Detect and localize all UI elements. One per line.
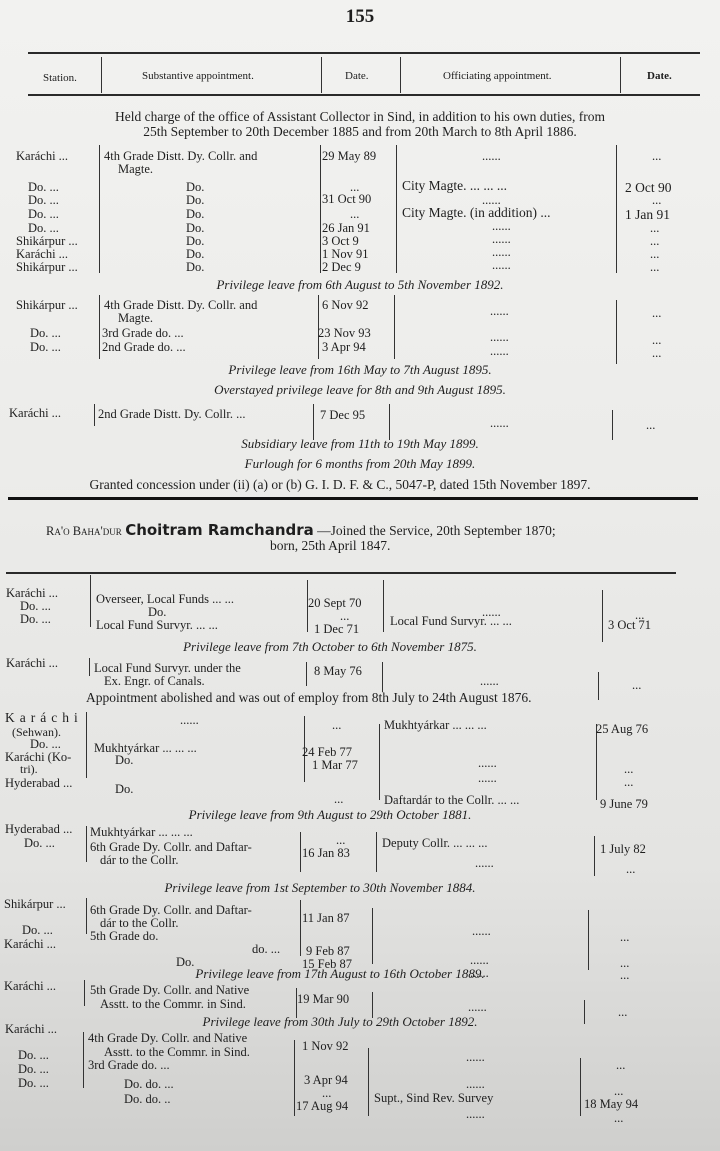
officiating-cell: ...... [478, 756, 497, 771]
section-separator [8, 497, 698, 500]
date-cell: 19 Mar 90 [297, 992, 349, 1007]
date-2-cell: ... [632, 678, 641, 693]
substantive-cell: 2nd Grade do. ... [102, 340, 186, 355]
station-cell: Shikárpur ... [16, 260, 78, 275]
col-divider [90, 575, 91, 627]
officiating-cell: ...... [490, 416, 509, 431]
officiating-cell: ...... [472, 924, 491, 939]
station-cell: Karáchi ... [9, 406, 61, 421]
leave-note: Privilege leave from 6th August to 5th N… [0, 277, 720, 293]
col-divider [101, 57, 102, 93]
col-divider [306, 662, 307, 686]
station-cell: Hyderabad ... [5, 776, 72, 791]
substantive-cell: 3rd Grade do. ... [102, 326, 184, 341]
officiating-cell: Supt., Sind Rev. Survey [374, 1091, 493, 1106]
col-divider [616, 300, 617, 364]
station-cell: Do. ... [22, 923, 53, 938]
col-divider [294, 1040, 295, 1116]
col-divider [320, 145, 321, 273]
col-divider [602, 590, 603, 642]
date-2-cell: 18 May 94 [584, 1097, 638, 1112]
header-bottom-rule [28, 94, 700, 96]
leave-note: Subsidiary leave from 11th to 19th May 1… [0, 436, 720, 452]
header-date-2: Date. [647, 70, 672, 82]
date-cell: 6 Nov 92 [322, 298, 369, 313]
date-2-cell: ... [620, 930, 629, 945]
col-divider [389, 404, 390, 440]
col-divider [99, 295, 100, 359]
appointment-abolished-note: Appointment abolished and was out of emp… [86, 690, 531, 706]
date-2-cell: 2 Oct 90 [625, 180, 672, 196]
officiating-cell: Local Fund Survyr. ... ... [390, 614, 512, 629]
intro-note-line-2: 25th September to 20th December 1885 and… [0, 124, 720, 140]
col-divider [300, 832, 301, 872]
officiating-cell: Daftardár to the Collr. ... ... [384, 793, 519, 808]
officiating-cell: ...... [480, 674, 499, 689]
officiating-cell: Deputy Collr. ... ... ... [382, 836, 488, 851]
substantive-cell: Local Fund Survyr. ... ... [96, 618, 218, 633]
col-divider [394, 295, 395, 359]
date-cell: 31 Oct 90 [322, 192, 371, 207]
person-born: born, 25th April 1847. [270, 538, 390, 554]
leave-note: Privilege leave from 17th August to 16th… [0, 966, 700, 982]
person-name: Choitram Ramchandra [125, 521, 314, 539]
substantive-cell: Mukhtyárkar ... ... ... [90, 825, 193, 840]
date-2-cell: 1 Jan 91 [625, 207, 670, 223]
person-heading: Ra'o Baha'dur Choitram Ramchandra —Joine… [46, 521, 556, 539]
col-divider [94, 404, 95, 426]
station-cell: Karáchi ... [16, 149, 68, 164]
table-top-rule [6, 572, 676, 574]
station-cell: Do. ... [24, 836, 55, 851]
col-divider [616, 145, 617, 273]
officiating-cell: ...... [490, 330, 509, 345]
leave-note: Privilege leave from 30th July to 29th O… [0, 1014, 700, 1030]
col-divider [379, 724, 380, 800]
leave-note: Furlough for 6 months from 20th May 1899… [0, 456, 720, 472]
col-divider [372, 908, 373, 964]
date-cell: 16 Jan 83 [302, 846, 350, 861]
col-divider [580, 1058, 581, 1116]
station-cell: Do. ... [18, 1062, 49, 1077]
header-date: Date. [345, 70, 369, 82]
date-2-cell: ... [626, 862, 635, 877]
substantive-cell: 5th Grade Dy. Collr. and Native [90, 983, 249, 998]
date-cell: 29 May 89 [322, 149, 376, 164]
station-cell: Do. ... [28, 207, 59, 222]
person-title: Ra'o Baha'dur [46, 524, 122, 538]
date-cell: 1 Nov 92 [302, 1039, 349, 1054]
substantive-cell: 3rd Grade do. ... [88, 1058, 170, 1073]
col-divider [300, 900, 301, 956]
officiating-cell: Mukhtyárkar ... ... ... [384, 718, 487, 733]
date-cell: 2 Dec 9 [322, 260, 361, 275]
date-cell: 11 Jan 87 [302, 911, 349, 926]
officiating-cell: ...... [475, 856, 494, 871]
col-divider [598, 672, 599, 700]
col-divider [594, 836, 595, 876]
col-divider [396, 145, 397, 273]
col-divider [83, 1032, 84, 1088]
date-2-cell: 1 July 82 [600, 842, 646, 857]
leave-note: Privilege leave from 1st September to 30… [0, 880, 680, 896]
substantive-cell: 4th Grade Dy. Collr. and Native [88, 1031, 247, 1046]
date-2-cell: ... [650, 260, 659, 275]
date-2-cell: 3 Oct 71 [608, 618, 651, 633]
col-divider [620, 57, 621, 93]
station-cell: Do. ... [18, 1048, 49, 1063]
officiating-cell: ...... [492, 258, 511, 273]
col-divider [383, 580, 384, 632]
col-divider [376, 832, 377, 872]
station-cell: Shikárpur ... [16, 298, 78, 313]
col-divider [84, 980, 85, 1006]
col-divider [321, 57, 322, 93]
date-cell: 1 Mar 77 [312, 758, 358, 773]
col-divider [400, 57, 401, 93]
substantive-cell: Do. do. ... [124, 1077, 174, 1092]
person-joined: —Joined the Service, 20th September 1870… [317, 523, 555, 538]
substantive-cell-cont: do. ... [252, 942, 280, 957]
station-cell: Do. ... [28, 193, 59, 208]
date-2-cell: ... [624, 775, 633, 790]
officiating-cell: ...... [466, 1050, 485, 1065]
substantive-cell: Do. [186, 207, 204, 222]
substantive-cell-cont: dár to the Collr. [100, 853, 178, 868]
col-divider [313, 404, 314, 440]
station-cell: Do. ... [30, 340, 61, 355]
station-cell: Karáchi [5, 710, 83, 726]
substantive-cell-cont: Magte. [118, 311, 153, 326]
substantive-cell: 5th Grade do. [90, 929, 158, 944]
officiating-cell: ...... [490, 344, 509, 359]
substantive-cell: Mukhtyárkar ... ... ... [94, 741, 197, 756]
date-cell: 23 Nov 93 [318, 326, 371, 341]
page-number: 155 [0, 6, 720, 28]
date-cell: ... [350, 207, 359, 222]
date-cell: 8 May 76 [314, 664, 362, 679]
station-cell: Do. ... [20, 612, 51, 627]
substantive-cell: 2nd Grade Distt. Dy. Collr. ... [98, 407, 245, 422]
station-cell: Karáchi ... [4, 937, 56, 952]
col-divider [86, 826, 87, 862]
station-cell: Hyderabad ... [5, 822, 72, 837]
header-station: Station. [43, 72, 77, 84]
substantive-cell: Do. [115, 753, 133, 768]
col-divider [86, 898, 87, 934]
leave-note: Privilege leave from 9th August to 29th … [0, 807, 690, 823]
station-cell: Karáchi (Ko- [5, 750, 71, 765]
date-cell: 3 Apr 94 [322, 340, 366, 355]
date-2-cell: ... [652, 193, 661, 208]
station-cell: Shikárpur ... [4, 897, 66, 912]
col-divider [89, 658, 90, 676]
leave-note: Privilege leave from 16th May to 7th Aug… [0, 362, 720, 378]
date-cell: 7 Dec 95 [320, 408, 365, 423]
officiating-cell: City Magte. (in addition) ... [402, 205, 550, 221]
substantive-cell-cont: Magte. [118, 162, 153, 177]
date-2-cell: ... [652, 346, 661, 361]
officiating-cell: ...... [482, 149, 501, 164]
substantive-cell-cont: Asstt. to the Commr. in Sind. [100, 997, 246, 1012]
station-cell: Do. ... [18, 1076, 49, 1091]
date-2-cell: ... [652, 149, 661, 164]
officiating-cell: ...... [468, 1000, 487, 1015]
col-divider [382, 662, 383, 692]
header-top-rule [28, 52, 700, 54]
substantive-cell: Do. [186, 193, 204, 208]
intro-note-line-1: Held charge of the office of Assistant C… [0, 109, 720, 125]
concession-note: Granted concession under (ii) (a) or (b)… [0, 477, 700, 493]
officiating-cell: City Magte. ... ... ... [402, 178, 507, 194]
substantive-cell: Do. [186, 260, 204, 275]
col-divider [99, 145, 100, 273]
date-2-cell: ... [652, 306, 661, 321]
col-divider [368, 1048, 369, 1116]
station-cell: Karáchi ... [5, 1022, 57, 1037]
date-2-cell: ... [614, 1111, 623, 1126]
date-cell: ... [334, 792, 343, 807]
date-cell: ... [332, 718, 341, 733]
date-2-cell: ... [646, 418, 655, 433]
header-officiating: Officiating appointment. [443, 70, 552, 82]
header-substantive: Substantive appointment. [142, 70, 254, 82]
date-2-cell: 25 Aug 76 [596, 722, 648, 737]
leave-note: Overstayed privilege leave for 8th and 9… [0, 382, 720, 398]
date-cell: 17 Aug 94 [296, 1099, 348, 1114]
substantive-cell: Do. do. .. [124, 1092, 171, 1107]
date-cell: 1 Dec 71 [314, 622, 359, 637]
date-2-cell: ... [616, 1058, 625, 1073]
substantive-cell: ...... [180, 713, 199, 728]
station-cell: Do. ... [30, 326, 61, 341]
col-divider [588, 910, 589, 970]
substantive-cell-cont: Ex. Engr. of Canals. [104, 674, 205, 689]
substantive-cell: Do. [115, 782, 133, 797]
document-page: 155 Station. Substantive appointment. Da… [0, 0, 720, 1151]
officiating-cell: ...... [466, 1077, 485, 1092]
officiating-cell: ...... [490, 304, 509, 319]
station-cell: Karáchi ... [6, 656, 58, 671]
date-cell: 20 Sept 70 [308, 596, 361, 611]
station-cell-cont: tri). [20, 762, 38, 777]
col-divider [86, 712, 87, 778]
leave-note: Privilege leave from 7th October to 6th … [0, 639, 690, 655]
officiating-cell: ...... [466, 1107, 485, 1122]
officiating-cell: ...... [478, 771, 497, 786]
station-cell: Karáchi ... [4, 979, 56, 994]
